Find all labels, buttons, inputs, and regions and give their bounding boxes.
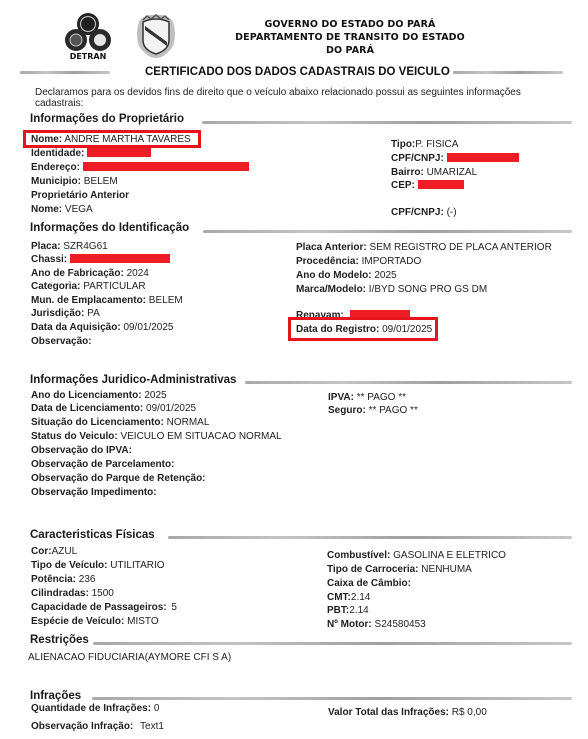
- field-label: Potência:: [31, 574, 76, 585]
- field-label: Observação de Parcelamento:: [31, 459, 174, 470]
- field-label: Tipo:: [391, 139, 415, 150]
- plate-field: Placa: SZR4G61: [31, 241, 108, 253]
- displacement-field: Cilindradas: 1500: [31, 588, 114, 600]
- field-label: Situação do Licenciamento:: [31, 417, 164, 428]
- divider-rule: [168, 536, 572, 539]
- vehicle-status-field: Status do Veiculo: VEICULO EM SITUACAO N…: [31, 431, 282, 443]
- field-label: Status do Veiculo:: [31, 431, 118, 442]
- field-value: S24580453: [375, 619, 426, 630]
- field-label: Placa Anterior:: [296, 242, 367, 253]
- field-label: Tipo de Carroceria:: [327, 564, 419, 575]
- owner-name-field: Nome: ANDRE MARTHA TAVARES: [31, 134, 191, 146]
- passenger-capacity-field: Capacidade de Passageiros: 5: [31, 602, 177, 614]
- field-label: CMT:: [327, 592, 351, 603]
- field-value: BELEM: [149, 295, 183, 306]
- owner-address-field: Endereço:: [31, 162, 249, 174]
- field-label: Cor:: [31, 546, 52, 557]
- field-value: SEM REGISTRO DE PLACA ANTERIOR: [370, 242, 552, 253]
- engine-number-field: Nº Motor: S24580453: [327, 619, 426, 631]
- field-label: Ano de Fabricação:: [31, 268, 124, 279]
- restrictions-text: ALIENACAO FIDUCIARIA(AYMORE CFI S A): [28, 652, 231, 664]
- field-label: CEP:: [391, 180, 415, 191]
- power-field: Potência: 236: [31, 574, 95, 586]
- field-label: Observação Infração:: [31, 721, 133, 732]
- renavam-field: Renavam:: [296, 310, 344, 317]
- jurisdiction-field: Jurisdição: PA: [31, 308, 100, 320]
- field-label: PBT:: [327, 605, 349, 616]
- field-value: GASOLINA E ELETRICO: [393, 550, 506, 561]
- field-label: Marca/Modelo:: [296, 284, 366, 295]
- field-label: Bairro:: [391, 167, 424, 178]
- field-label: Cilindradas:: [31, 588, 89, 599]
- manufacture-year-field: Ano de Fabricação: 2024: [31, 268, 149, 280]
- field-label: Procedência:: [296, 256, 359, 267]
- previous-owner-cpf-field: CPF/CNPJ: (-): [391, 207, 457, 219]
- chassis-field: Chassi:: [31, 254, 170, 266]
- gearbox-field: Caixa de Câmbio:: [327, 578, 411, 590]
- field-value: UMARIZAL: [427, 167, 478, 178]
- certificate-title: CERTIFICADO DOS DADOS CADASTRAIS DO VEIC…: [145, 66, 450, 78]
- field-label: Chassi:: [31, 254, 67, 265]
- divider-rule: [245, 381, 572, 384]
- field-label: Ano do Modelo:: [296, 270, 372, 281]
- licensing-date-field: Data de Licenciamento: 09/01/2025: [31, 403, 196, 415]
- owner-cep-field: CEP:: [391, 180, 464, 192]
- field-value: 5: [171, 602, 177, 613]
- field-label: Mun. de Emplacamento:: [31, 295, 146, 306]
- color-field: Cor:AZUL: [31, 546, 77, 558]
- vehicle-species-field: Espécie de Veículo: MISTO: [31, 616, 159, 628]
- field-value: ** PAGO **: [357, 392, 406, 403]
- field-label: CPF/CNPJ:: [391, 207, 444, 218]
- field-label: Data de Licenciamento:: [31, 403, 143, 414]
- owner-name-value: ANDRE MARTHA TAVARES: [64, 134, 190, 145]
- field-value: VEGA: [65, 204, 93, 215]
- field-value: 1500: [92, 588, 114, 599]
- para-state-coat-of-arms-icon: [135, 12, 177, 60]
- field-label: Capacidade de Passageiros:: [31, 602, 167, 613]
- field-value: SZR4G61: [63, 241, 107, 252]
- registration-municipality-field: Mun. de Emplacamento: BELEM: [31, 295, 183, 307]
- owner-municipality-field: Municipio: BELEM: [31, 176, 118, 188]
- infraction-count-field: Quantidade de Infrações: 0: [31, 703, 159, 715]
- redaction-bar: [83, 162, 249, 171]
- owner-identity-field: Identidade:: [31, 148, 151, 160]
- field-value: NENHUMA: [421, 564, 472, 575]
- field-value: MISTO: [127, 616, 158, 627]
- section-title-infractions: Infrações: [30, 690, 81, 702]
- field-value: 236: [79, 574, 96, 585]
- divider-rule: [93, 642, 572, 645]
- ipva-field: IPVA: ** PAGO **: [328, 392, 406, 404]
- field-label: Categoria:: [31, 281, 80, 292]
- impediment-observation-field: Observação Impedimento:: [31, 487, 157, 499]
- field-label: Ano do Licenciamento:: [31, 390, 142, 401]
- section-title-identification: Informações do Identificação: [30, 222, 189, 234]
- licensing-status-field: Situação do Licenciamento: NORMAL: [31, 417, 209, 429]
- field-label: Observação do IPVA:: [31, 445, 132, 456]
- field-label: Nº Motor:: [327, 619, 372, 630]
- insurance-field: Seguro: ** PAGO **: [328, 405, 418, 417]
- redaction-bar: [418, 180, 464, 189]
- observation-field: Observação:: [31, 336, 92, 348]
- field-value: 2.14: [349, 605, 368, 616]
- field-value: NORMAL: [167, 417, 210, 428]
- field-value: 09/01/2025: [146, 403, 196, 414]
- field-label: Seguro:: [328, 405, 366, 416]
- field-label: Caixa de Câmbio:: [327, 578, 411, 589]
- field-label: Identidade:: [31, 148, 84, 159]
- field-label: Data da Aquisição:: [31, 322, 121, 333]
- field-label: Proprietário Anterior: [31, 190, 129, 201]
- owner-neighborhood-field: Bairro: UMARIZAL: [391, 167, 477, 179]
- field-value: P. FISICA: [415, 139, 458, 150]
- pbt-field: PBT:2.14: [327, 605, 369, 617]
- field-label: Tipo de Veículo:: [31, 560, 108, 571]
- field-value: 0: [154, 703, 160, 714]
- ipva-observation-field: Observação do IPVA:: [31, 445, 132, 457]
- field-value: BELEM: [84, 176, 118, 187]
- field-value: I/BYD SONG PRO GS DM: [369, 284, 487, 295]
- field-label: Observação do Parque de Retenção:: [31, 473, 206, 484]
- field-value: VEICULO EM SITUACAO NORMAL: [120, 431, 281, 442]
- origin-field: Procedência: IMPORTADO: [296, 256, 421, 268]
- divider-rule: [20, 71, 110, 74]
- field-value: 09/01/2025: [123, 322, 173, 333]
- field-value: PA: [87, 308, 100, 319]
- divider-rule: [92, 697, 572, 700]
- field-label: Municipio:: [31, 176, 81, 187]
- field-label: Valor Total das Infrações:: [328, 707, 449, 718]
- field-value: PARTICULAR: [83, 281, 145, 292]
- field-label: Observação:: [31, 336, 92, 347]
- impound-observation-field: Observação do Parque de Retenção:: [31, 473, 206, 485]
- section-title-physical: Caracteristicas Físicas: [30, 529, 155, 541]
- redaction-bar: [70, 254, 170, 263]
- field-label: IPVA:: [328, 392, 354, 403]
- owner-cpf-field: CPF/CNPJ:: [391, 153, 519, 165]
- vehicle-type-field: Tipo de Veículo: UTILITARIO: [31, 560, 165, 572]
- previous-plate-field: Placa Anterior: SEM REGISTRO DE PLACA AN…: [296, 242, 552, 254]
- divider-rule: [202, 121, 572, 124]
- header-department-title-cont: DO PARÁ: [200, 45, 500, 56]
- licensing-year-field: Ano do Licenciamento: 2025: [31, 390, 167, 402]
- field-value: IMPORTADO: [362, 256, 422, 267]
- previous-owner-name-field: Nome: VEGA: [31, 204, 93, 216]
- field-value: 2025: [374, 270, 396, 281]
- section-title-restrictions: Restrições: [30, 634, 89, 646]
- field-label: Observação Impedimento:: [31, 487, 157, 498]
- field-label: CPF/CNPJ:: [391, 153, 444, 164]
- field-value: 2.14: [351, 592, 370, 603]
- owner-type-field: Tipo:P. FISICA: [391, 139, 458, 151]
- section-title-legal: Informações Juridico-Administrativas: [30, 374, 236, 386]
- infraction-total-field: Valor Total das Infrações: R$ 0,00: [328, 707, 487, 719]
- field-label: Renavam:: [296, 310, 344, 317]
- cmt-field: CMT:2.14: [327, 592, 370, 604]
- body-type-field: Tipo de Carroceria: NENHUMA: [327, 564, 472, 576]
- divider-rule: [453, 71, 563, 74]
- field-label: Quantidade de Infrações:: [31, 703, 151, 714]
- redaction-bar: [87, 148, 151, 157]
- infraction-observation-field: Observação Infração: Text1: [31, 721, 164, 733]
- model-year-field: Ano do Modelo: 2025: [296, 270, 397, 282]
- category-field: Categoria: PARTICULAR: [31, 281, 146, 293]
- field-label: Combustível:: [327, 550, 390, 561]
- redaction-bar: [447, 153, 519, 162]
- field-label: Placa:: [31, 241, 60, 252]
- previous-owner-heading: Proprietário Anterior: [31, 190, 129, 202]
- field-value: ** PAGO **: [369, 405, 418, 416]
- svg-text:DETRAN: DETRAN: [70, 52, 107, 61]
- field-label: Espécie de Veículo:: [31, 616, 124, 627]
- field-value: AZUL: [52, 546, 78, 557]
- field-value: (-): [447, 207, 457, 218]
- make-model-field: Marca/Modelo: I/BYD SONG PRO GS DM: [296, 284, 487, 296]
- field-label: Nome:: [31, 134, 62, 145]
- field-value: UTILITARIO: [110, 560, 164, 571]
- intro-statement: Declaramos para os devidos fins de direi…: [35, 87, 521, 99]
- section-title-owner: Informações do Proprietário: [30, 113, 184, 125]
- registration-date-field: Data do Registro: 09/01/2025: [296, 324, 432, 336]
- detran-logo: DETRAN: [62, 10, 114, 62]
- field-value: 2024: [127, 268, 149, 279]
- header-government-title: GOVERNO DO ESTADO DO PARÁ: [200, 19, 500, 30]
- installment-observation-field: Observação de Parcelamento:: [31, 459, 174, 471]
- acquisition-date-field: Data da Aquisição: 09/01/2025: [31, 322, 174, 334]
- intro-statement-cont: cadastrais:: [35, 98, 83, 110]
- header-department-title: DEPARTAMENTO DE TRANSITO DO ESTADO: [200, 32, 500, 43]
- field-label: Endereço:: [31, 162, 80, 173]
- registration-date-value: 09/01/2025: [382, 324, 432, 335]
- field-label: Nome:: [31, 204, 62, 215]
- fuel-field: Combustível: GASOLINA E ELETRICO: [327, 550, 506, 562]
- divider-rule: [203, 230, 572, 233]
- field-label: Data do Registro:: [296, 324, 379, 335]
- field-value: R$ 0,00: [452, 707, 487, 718]
- field-label: Jurisdição:: [31, 308, 84, 319]
- field-value: 2025: [144, 390, 166, 401]
- field-value: Text1: [140, 721, 164, 732]
